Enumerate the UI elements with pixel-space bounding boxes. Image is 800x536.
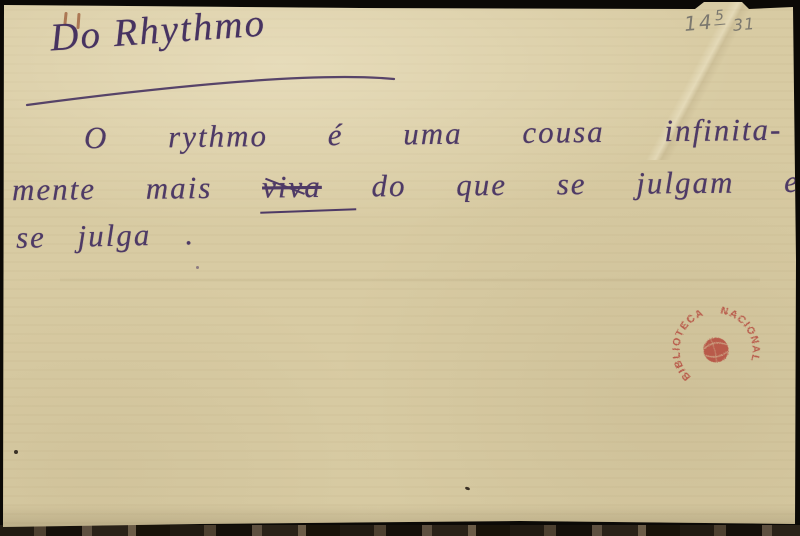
body-line-3: se julga.: [16, 216, 196, 256]
body-line-3-text: se julga: [16, 217, 152, 255]
paper-speck: [465, 486, 471, 491]
body-line-2-post: do que se julgam e: [371, 164, 800, 203]
paper-crease: [60, 250, 760, 310]
stray-ink-dot: [196, 266, 199, 269]
catalog-number: 14531: [683, 5, 756, 36]
struck-out-word: viva: [262, 169, 322, 205]
catalog-number-secondary: 31: [732, 14, 756, 35]
document-title: Do Rhythmo: [49, 1, 268, 61]
manuscript-scan: Do Rhythmo O rythmo é uma cousa infinita…: [0, 0, 800, 536]
paper-speck: [14, 450, 18, 454]
body-line-2-pre: mente mais: [12, 170, 213, 207]
body-line-1: O rythmo é uma cousa infinita-: [84, 112, 783, 157]
catalog-number-main: 14: [683, 10, 714, 36]
paper-stack-edge: [0, 525, 800, 536]
body-line-2: mente mais viva do que se julgam e: [12, 164, 800, 208]
library-stamp: BIBLIOTECA NACIONAL: [666, 300, 766, 400]
catalog-number-superscript: 5: [713, 8, 725, 26]
manuscript-paper: Do Rhythmo O rythmo é uma cousa infinita…: [0, 0, 800, 536]
body-line-3-period: .: [185, 216, 195, 251]
